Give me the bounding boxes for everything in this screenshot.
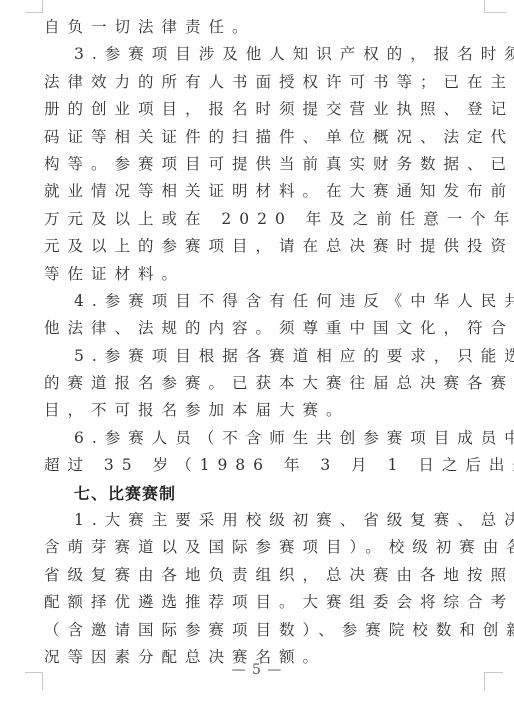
text-line: 4.参赛项目不得含有任何违反《中华人民共和国宪法》及其	[44, 288, 484, 315]
crop-mark-top-left-h	[25, 12, 43, 13]
text-line: 等佐证材料。	[44, 261, 484, 288]
text-line: 6.参赛人员（不含师生共创参赛项目成员中的教师）年龄不	[44, 425, 484, 452]
text-line: 就业情况等相关证明材料。在大赛通知发布前，已获投资 1000	[44, 178, 484, 205]
text-line: 他法律、法规的内容。须尊重中国文化，符合公序良俗。	[44, 315, 484, 342]
text-line: 的赛道报名参赛。已获本大赛往届总决赛各赛道金奖和银奖的项	[44, 370, 484, 397]
page-number: — 5 —	[0, 662, 514, 678]
text-line: 目，不可报名参加本届大赛。	[44, 397, 484, 424]
text-line: 册的创业项目，报名时须提交营业执照、登记证书、组织机构代	[44, 96, 484, 123]
text-line: 万元及以上或在 2020 年及之前任意一个年度的收入达到 1000 万	[44, 206, 484, 233]
document-page: 自负一切法律责任。 3.参赛项目涉及他人知识产权的，报名时须提交完整的具有 法律…	[0, 0, 514, 721]
text-line: 自负一切法律责任。	[44, 14, 484, 41]
section-heading: 七、比赛赛制	[44, 480, 484, 507]
text-line: 3.参赛项目涉及他人知识产权的，报名时须提交完整的具有	[44, 41, 484, 68]
text-line: 省级复赛由各地负责组织，总决赛由各地按照大赛组委会确定的	[44, 562, 484, 589]
text-line: （含邀请国际参赛项目数）、参赛院校数和创新创业教育工作情	[44, 617, 484, 644]
text-line: 超过 35 岁（1986 年 3 月 1 日之后出生）。	[44, 452, 484, 479]
text-line: 元及以上的参赛项目，请在总决赛时提供投资协议、投资款证明	[44, 233, 484, 260]
text-line: 1.大赛主要采用校级初赛、省级复赛、总决赛三级赛制（不	[44, 507, 484, 534]
text-line: 构等。参赛项目可提供当前真实财务数据、已获投资情况、带动	[44, 151, 484, 178]
text-line: 配额择优遴选推荐项目。大赛组委会将综合考虑各地报名团队数	[44, 589, 484, 616]
text-line: 码证等相关证件的扫描件、单位概况、法定代表人情况、股权结	[44, 124, 484, 151]
text-line: 5.参赛项目根据各赛道相应的要求，只能选择一个符合要求	[44, 343, 484, 370]
text-line: 法律效力的所有人书面授权许可书等；已在主管部门完成登记注	[44, 69, 484, 96]
crop-mark-top-right-h	[484, 12, 506, 13]
text-line: 含萌芽赛道以及国际参赛项目）。校级初赛由各院校负责组织，	[44, 534, 484, 561]
document-body: 自负一切法律责任。 3.参赛项目涉及他人知识产权的，报名时须提交完整的具有 法律…	[44, 14, 484, 671]
crop-mark-top-left-v	[42, 0, 43, 13]
